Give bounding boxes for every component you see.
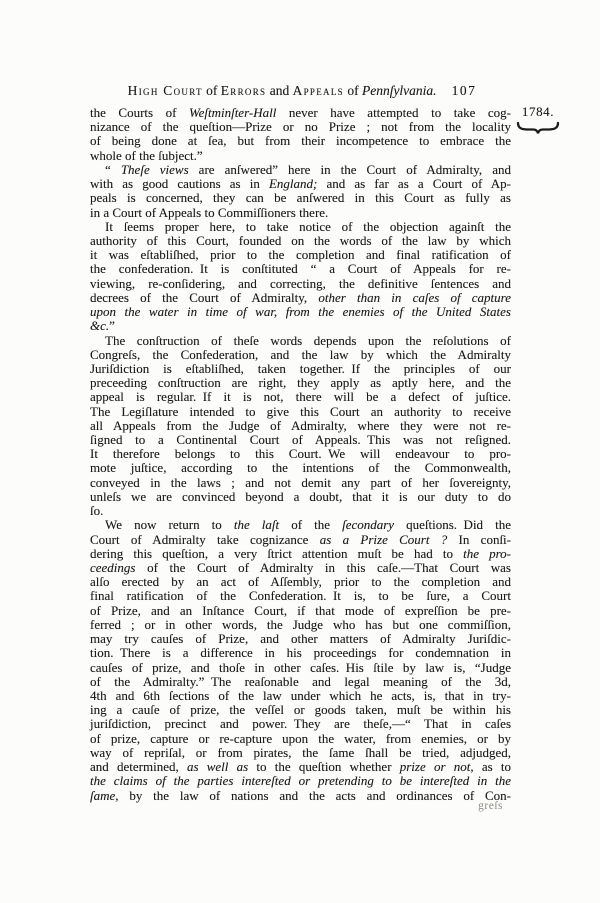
text-line: The conſtruction of theſe words depends … [90,334,511,348]
page-number: 107 [452,83,477,98]
text-line: it was eſtabliſhed, prior to the complet… [90,248,511,262]
text-line: ceedings of the Court of Admiralty in th… [90,561,511,575]
margin-year: 1784. [522,104,554,119]
text-line: juriſdiction, precinct and power. They a… [90,717,511,731]
text-line: alſo erected by an act of Aſſembly, prio… [90,575,511,589]
text-line: Congreſs, the Confederation, and the law… [90,348,511,362]
text-line: ferred ; or in other words, the Judge wh… [90,618,511,632]
text-line: final ratification of the Confederation.… [90,589,511,603]
text-line: preceeding conſtruction are right, they … [90,376,511,390]
text-line: &c.” [90,319,511,333]
text-line: It therefore belongs to this Court. We w… [90,447,511,461]
text-line: 4th and 6th ſections of the law under wh… [90,689,511,703]
text-line: ing a cauſe of prize, the veſſel or good… [90,703,511,717]
text-line: It ſeems proper here, to take notice of … [90,220,511,234]
paragraph: The conſtruction of theſe words depends … [90,334,511,519]
catchword: greſs [90,800,503,812]
text-line: dering this queſtion, a very ſtrict atte… [90,547,511,561]
paragraph: It ſeems proper here, to take notice of … [90,220,511,334]
text-line: authority of this Court, founded on the … [90,234,511,248]
text-line: ſo. [90,504,511,518]
text-line: of being done at ſea, but from their inc… [90,134,511,148]
text-line: and determined, as well as to the queſti… [90,760,511,774]
text-line: way of repriſal, or from pirates, the ſa… [90,746,511,760]
text-line: Juriſdiction is eſtabliſhed, taken toget… [90,362,511,376]
text-line: of prize, capture or re-capture upon the… [90,732,511,746]
text-line: tion. There is a difference in his proce… [90,646,511,660]
margin-date-note: 1784. [512,104,564,135]
text-line: conveyed in the laws ; and not demit any… [90,476,511,490]
running-header: High Court of Errors and Appeals of Penn… [88,83,516,99]
text-line: We now return to the laſt of the ſeconda… [90,518,511,532]
text-line: Court of Admiralty take cognizance as a … [90,533,511,547]
text-block: the Courts of Weſtminſter-Hall never hav… [90,106,511,803]
text-line: the Courts of Weſtminſter-Hall never hav… [90,106,511,120]
text-line: all Appeals from the Judge of Admiralty,… [90,419,511,433]
text-line: of the Admiralty.” The reaſonable and le… [90,675,511,689]
text-line: viewing, re-conſidering, and correcting,… [90,277,511,291]
text-line: cauſes of prize, and thoſe in other caſe… [90,661,511,675]
text-line: may try cauſes of Prize, and other matte… [90,632,511,646]
text-line: peals is concerned, they can be anſwered… [90,191,511,205]
text-line: mote juſtice, according to the intention… [90,461,511,475]
text-line: with as good cautions as in England; and… [90,177,511,191]
paragraph: “ Theſe views are anſwered” here in the … [90,163,511,220]
underbrace-icon [515,120,561,135]
text-line: of Prize, and an Inſtance Court, if that… [90,604,511,618]
text-line: upon the water in time of war, from the … [90,305,511,319]
text-line: nizance of the queſtion—Prize or no Priz… [90,120,511,134]
book-page: High Court of Errors and Appeals of Penn… [0,0,600,903]
text-line: ſigned to a Continental Court of Appeals… [90,433,511,447]
text-line: The Legiſlature intended to give this Co… [90,405,511,419]
text-line: decrees of the Court of Admiralty, other… [90,291,511,305]
paragraph: the Courts of Weſtminſter-Hall never hav… [90,106,511,163]
text-line: unleſs we are convinced beyond a doubt, … [90,490,511,504]
text-line: the claims of the parties intereſted or … [90,774,511,788]
paragraph: We now return to the laſt of the ſeconda… [90,518,511,802]
text-line: the confederation. It is conſtituted “ a… [90,262,511,276]
text-line: whole of the ſubject.” [90,149,511,163]
running-header-title: High Court of Errors and Appeals of Penn… [128,83,437,98]
text-line: in a Court of Appeals to Commiſſioners t… [90,206,511,220]
text-line: “ Theſe views are anſwered” here in the … [90,163,511,177]
text-line: appeal is regular. If it is not, there w… [90,390,511,404]
